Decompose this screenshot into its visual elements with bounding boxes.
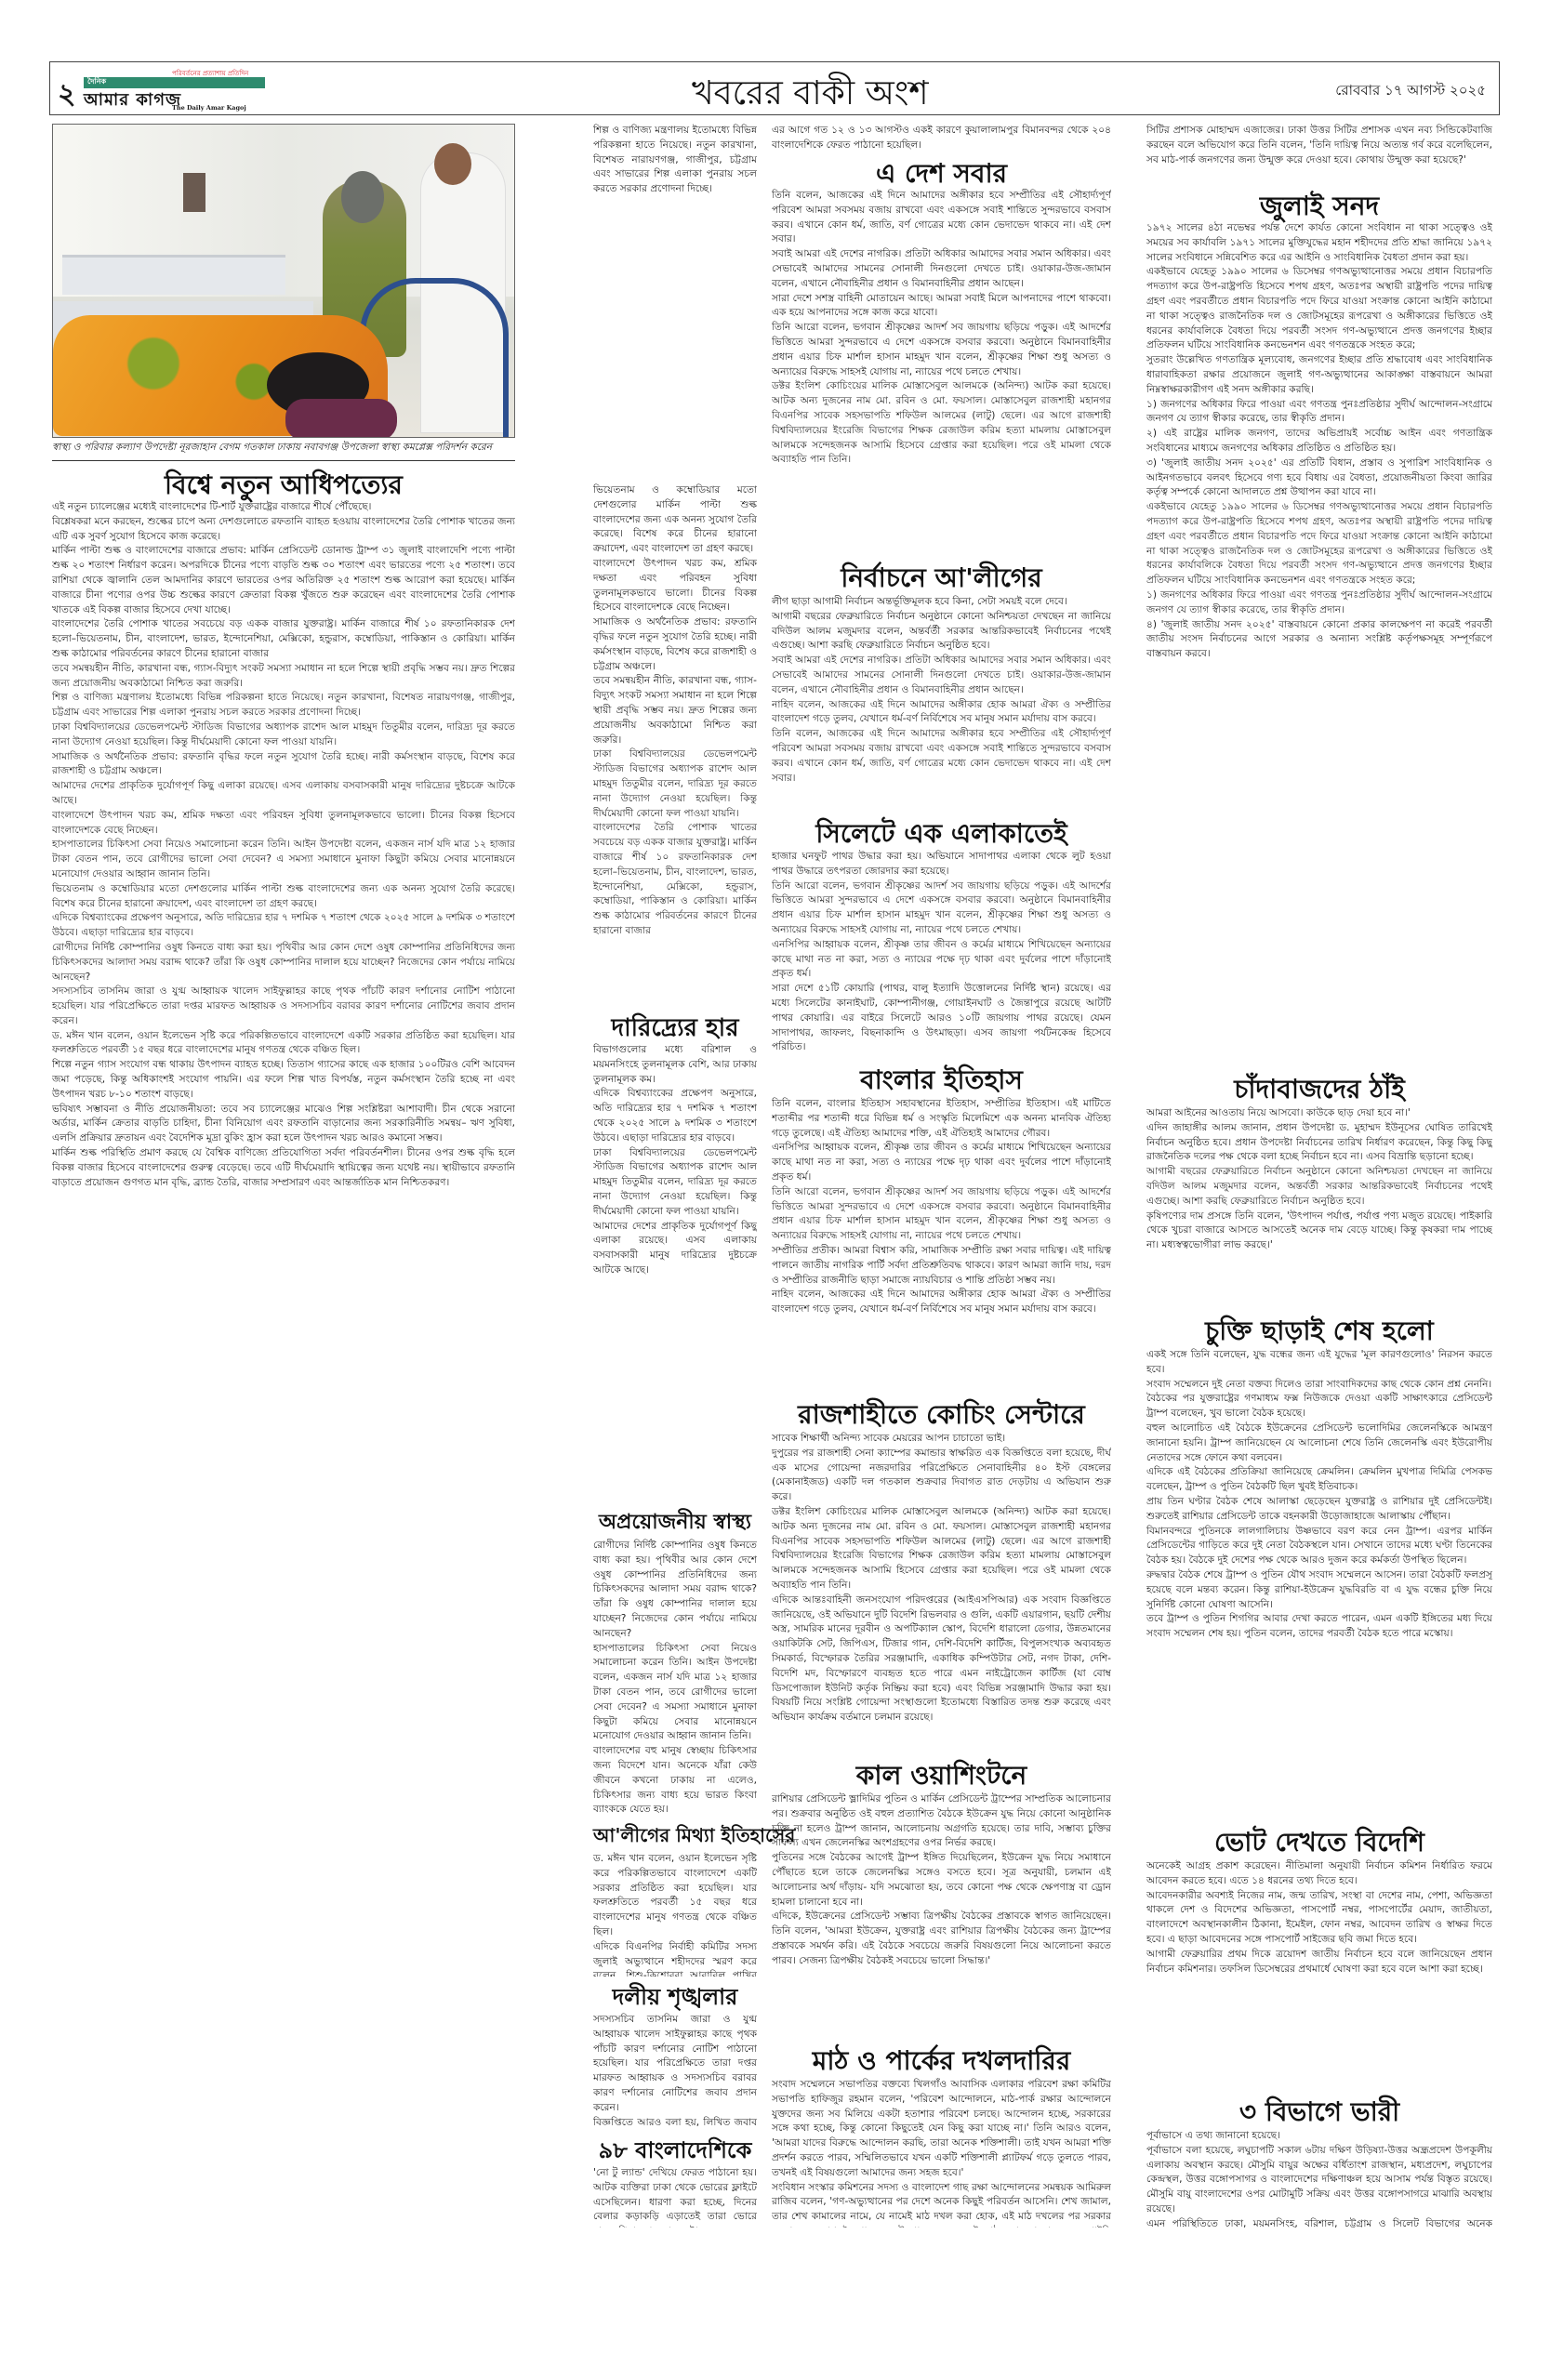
- paragraph: সম্প্রীতির প্রতীক। আমরা বিশ্বাস করি, সাম…: [772, 1244, 1111, 1288]
- paragraph: হাসপাতালের চিকিৎসা সেবা নিয়েও সমালোচনা …: [593, 1642, 757, 1745]
- paragraph: একই সঙ্গে তিনি বলেছেন, যুদ্ধ বন্ধের জন্য…: [1146, 1348, 1492, 1378]
- article-body: ভিয়েতনাম ও কম্বোডিয়ার মতো দেশগুলোর মার…: [593, 483, 757, 1005]
- paragraph: সামাজিক ও অর্থনৈতিক প্রভাব: রফতানি বৃদ্ধ…: [593, 615, 757, 674]
- paragraph: এদিকে বিএনপির নির্বাহী কমিটির সদস্য জুলা…: [593, 1940, 757, 1977]
- paragraph: কৃষিপণ্যের দাম প্রসঙ্গে তিনি বলেন, 'উৎপা…: [1146, 1210, 1492, 1253]
- article-body: শিল্প ও বাণিজ্য মন্ত্রণালয় ইতোমধ্যে বিভ…: [593, 124, 757, 480]
- article-body: লীগ ছাড়া আগামী নির্বাচন অন্তর্ভূক্তিমূল…: [772, 595, 1111, 810]
- article-body: তিনি বলেন, বাংলার ইতিহাস সহাবস্থানের ইতি…: [772, 1097, 1111, 1391]
- paragraph: তিনি আরো বলেন, ভগবান শ্রীকৃষ্ণের আদর্শ স…: [772, 1185, 1111, 1244]
- article-body: ১৯৭২ সালের ৪ঠা নভেম্বর পর্যন্ত দেশে কার্…: [1146, 221, 1492, 1065]
- paragraph: তিনি আরো বলেন, ভগবান শ্রীকৃষ্ণের আদর্শ স…: [772, 879, 1111, 938]
- paragraph: শিল্প ও বাণিজ্য মন্ত্রণালয় ইতোমধ্যে বিভ…: [593, 124, 757, 197]
- article-body: ড. মঈন খান বলেন, ওয়ান ইলেভেন সৃষ্টি করে…: [593, 1852, 757, 1977]
- paragraph: ৪) 'জুলাই জাতীয় সনদ ২০২৫' বাস্তবায়নে ক…: [1146, 618, 1492, 662]
- photo-official-head: [434, 143, 471, 185]
- paragraph: ১৯৭২ সালের ৪ঠা নভেম্বর পর্যন্ত দেশে কার্…: [1146, 221, 1492, 265]
- photo-caption: স্বাস্থ্য ও পরিবার কল্যাণ উপদেষ্টা নূরজা…: [52, 441, 515, 456]
- paragraph: বিজ্ঞপ্তিতে আরও বলা হয়, লিখিত জবাব বিশ্…: [593, 2116, 757, 2130]
- logo-name: আমার কাগজ: [84, 86, 181, 115]
- article-body: রাশিয়ার প্রেসিডেন্ট ভ্লাদিমির পুতিন ও ম…: [772, 1792, 1111, 2037]
- paragraph: শিল্পে নতুন গ্যাস সংযোগ বন্ধ থাকায় উৎপা…: [52, 1058, 515, 1102]
- paragraph: নাহিদ বলেন, আজকের এই দিনে আমাদের অঙ্গীকা…: [772, 1288, 1111, 1317]
- paragraph: আমরা আইনের আওতায় নিয়ে আসবো। কাউকে ছাড়…: [1146, 1106, 1492, 1121]
- article-body: সংবাদ সম্মেলনে সভাপতির বক্তব্যে খিলগাঁও …: [772, 2078, 1111, 2228]
- paragraph: সাবেক শিক্ষার্থী অনিন্দ্য সাবেক মেয়রের …: [772, 1432, 1111, 1447]
- paragraph: বিমানবন্দরে পুতিনকে লালগালিচায় উষ্ণভাবে…: [1146, 1525, 1492, 1568]
- page-number: ২: [58, 72, 76, 119]
- paragraph: ২) এই রাষ্ট্রের মালিক জনগণ, তাদের অভিপ্র…: [1146, 427, 1492, 456]
- paragraph: এই নতুন চ্যালেঞ্জের মধ্যেই বাংলাদেশের টি…: [52, 500, 515, 515]
- paragraph: আগামী ফেব্রুয়ারির প্রথম দিকে ত্রয়োদশ জ…: [1146, 1948, 1492, 1977]
- paragraph: সবাই আমরা এই দেশের নাগরিক। প্রতিটা অধিকা…: [772, 247, 1111, 291]
- paragraph: সিটির প্রশাসক মোহাম্মদ এজাজের। ঢাকা উত্ত…: [1146, 124, 1492, 167]
- paragraph: সদস্যসচিব তাসনিম জারা ও যুগ্ম আহ্বায়ক খ…: [593, 2013, 757, 2116]
- masthead: ২ পরিবর্তনের প্রত্যাশায় প্রতিদিন দৈনিক …: [49, 61, 1500, 115]
- hospital-visit-photo: [52, 124, 515, 438]
- paragraph: ঢাকা বিশ্ববিদ্যালয়ের ডেভেলপমেন্ট স্টাডি…: [593, 747, 757, 821]
- paragraph: তিনি বলেন, আজকের এই দিনে আমাদের অঙ্গীকার…: [772, 727, 1111, 786]
- paragraph: রাশিয়ার প্রেসিডেন্ট ভ্লাদিমির পুতিন ও ম…: [772, 1792, 1111, 1851]
- paragraph: ঢাকা বিশ্ববিদ্যালয়ের ডেভেলপমেন্ট স্টাডি…: [593, 1146, 757, 1220]
- logo-english-name: The Daily Amar Kagoj: [172, 104, 246, 112]
- paragraph: অনেকেই আগ্রহ প্রকাশ করেছেন। নীতিমালা অনু…: [1146, 1859, 1492, 1889]
- paragraph: এদিকে, ইউক্রেনের প্রেসিডেন্ট সম্ভাব্য ত্…: [772, 1910, 1111, 1968]
- paragraph: বহুল আলোচিত এই বৈঠকে ইউক্রেনের প্রেসিডেন…: [1146, 1421, 1492, 1465]
- paragraph: আগামী বছরের ফেব্রুয়ারিতে নির্বাচন অনুষ্…: [772, 610, 1111, 654]
- paragraph: রোগীদের নির্দিষ্ট কোম্পানির ওষুধ কিনতে ব…: [593, 1539, 757, 1642]
- paragraph: রোগীদের নির্দিষ্ট কোম্পানির ওষুধ কিনতে ব…: [52, 941, 515, 985]
- paragraph: একইভাবে যেহেতু ১৯৯০ সালের ৬ ডিসেম্বর গণঅ…: [1146, 500, 1492, 588]
- paragraph: তিনি আরো বলেন, ভগবান শ্রীকৃষ্ণের আদর্শ স…: [772, 321, 1111, 379]
- paragraph: রুদ্ধদ্বার বৈঠক শেষে ট্রাম্প ও পুতিন যৌথ…: [1146, 1568, 1492, 1612]
- paragraph: লীগ ছাড়া আগামী নির্বাচন অন্তর্ভূক্তিমূল…: [772, 595, 1111, 610]
- paragraph: ডক্টর ইংলিশ কোচিংয়ের মালিক মোস্তাসেবুল …: [772, 379, 1111, 468]
- paragraph: দুপুরের পর রাজশাহী সেনা ক্যাম্পের কমান্ড…: [772, 1447, 1111, 1505]
- newspaper-page: ২ পরিবর্তনের প্রত্যাশায় প্রতিদিন দৈনিক …: [0, 0, 1550, 2380]
- headline: ৯৮ বাংলাদেশিকে: [593, 2134, 757, 2171]
- article-body: সাবেক শিক্ষার্থী অনিন্দ্য সাবেক মেয়রের …: [772, 1432, 1111, 1752]
- paragraph: বাংলাদেশে উৎপাদন খরচ কম, শ্রমিক দক্ষতা এ…: [593, 557, 757, 615]
- paragraph: বাংলাদেশের তৈরি পোশাক খাতের সবচেয়ে বড় …: [52, 617, 515, 661]
- article-body: 'নো টু ল্যান্ড' দেখিয়ে ফেরত পাঠানো হয়।…: [593, 2166, 757, 2228]
- paragraph: সুতরাং উল্লেখিত গণতান্ত্রিক মূল্যবোধ, জন…: [1146, 353, 1492, 397]
- article-body: সিটির প্রশাসক মোহাম্মদ এজাজের। ঢাকা উত্ত…: [1146, 124, 1492, 182]
- paragraph: পূর্বাভাসে এ তথ্য জানানো হয়েছে।: [1146, 2129, 1492, 2144]
- paragraph: এর আগে গত ১২ ও ১৩ আগস্টও একই কারণে কুয়া…: [772, 124, 1111, 150]
- paragraph: সংবাদ সম্মেলনে সভাপতির বক্তব্যে খিলগাঁও …: [772, 2078, 1111, 2181]
- paragraph: আমাদের দেশের প্রাকৃতিক দুর্যোগপূর্ণ কিছু…: [52, 779, 515, 809]
- article-body: তিনি বলেন, আজকের এই দিনে আমাদের অঙ্গীকার…: [772, 189, 1111, 554]
- paragraph: আমাদের দেশের প্রাকৃতিক দুর্যোগপূর্ণ কিছু…: [593, 1220, 757, 1278]
- issue-date: রোববার ১৭ আগস্ট ২০২৫: [1335, 80, 1486, 103]
- paragraph: এনসিপির আহ্বায়ক বলেন, শ্রীকৃষ্ণ তার জীব…: [772, 938, 1111, 982]
- paragraph: পূর্বাভাসে বলা হয়েছে, লঘুচাপটি সকাল ৬টা…: [1146, 2144, 1492, 2217]
- paragraph: এদিকে এই বৈঠকের প্রতিক্রিয়া জানিয়েছে ক…: [1146, 1465, 1492, 1495]
- paragraph: মার্কিন পাল্টা শুল্ক ও বাংলাদেশের বাজারে…: [52, 544, 515, 617]
- paragraph: সংবাদ সম্মেলনে দুই নেতা বক্তব্য দিলেও তা…: [1146, 1378, 1492, 1393]
- paragraph: এমন পরিস্থিতিতে ঢাকা, ময়মনসিংহ, বরিশাল,…: [1146, 2217, 1492, 2228]
- paragraph: এদিকে বিশ্বব্যাংকের প্রক্ষেপণ অনুসারে, অ…: [593, 1087, 757, 1145]
- paragraph: এনসিপির আহ্বায়ক বলেন, শ্রীকৃষ্ণ তার জীব…: [772, 1141, 1111, 1184]
- headline: আ'লীগের মিথ্যা ইতিহাসের: [593, 1822, 757, 1853]
- paragraph: ১) জনগণের অধিকার ফিরে পাওয়া এবং গণতন্ত্…: [1146, 588, 1492, 618]
- paragraph: এদিকে বিশ্বব্যাংকের প্রক্ষেপণ অনুসারে, অ…: [52, 911, 515, 941]
- paragraph: তবে সমন্বয়হীন নীতি, কারখানা বন্ধ, গ্যাস…: [593, 674, 757, 747]
- paragraph: তিনি বলেন, বাংলার ইতিহাস সহাবস্থানের ইতি…: [772, 1097, 1111, 1141]
- photo-bed: [62, 255, 285, 295]
- paragraph: পুতিনের সঙ্গে বৈঠকের আগেই ট্রাম্প ইঙ্গিত…: [772, 1851, 1111, 1910]
- paragraph: ড. মঈন খান বলেন, ওয়ান ইলেভেন সৃষ্টি করে…: [52, 1029, 515, 1059]
- paragraph: বিভাগগুলোর মধ্যে বরিশাল ও ময়মনসিংহে তুল…: [593, 1043, 757, 1087]
- paragraph: 'নো টু ল্যান্ড' দেখিয়ে ফেরত পাঠানো হয়।…: [593, 2166, 757, 2228]
- article-body: সদস্যসচিব তাসনিম জারা ও যুগ্ম আহ্বায়ক খ…: [593, 2013, 757, 2130]
- headline: দলীয় শৃঙ্খলার: [593, 1980, 757, 2017]
- paragraph: ১) জনগণের অধিকার ফিরে পাওয়া এবং গণতন্ত্…: [1146, 398, 1492, 428]
- article-body: এই নতুন চ্যালেঞ্জের মধ্যেই বাংলাদেশের টি…: [52, 500, 515, 2228]
- paragraph: আবেদনকারীর অবশ্যই নিজের নাম, জন্ম তারিখ,…: [1146, 1889, 1492, 1948]
- paragraph: সবাই আমরা এই দেশের নাগরিক। প্রতিটা অধিকা…: [772, 654, 1111, 697]
- paragraph: সারা দেশে ৫১টি কোয়ারি (পাথর, বালু ইত্যা…: [772, 982, 1111, 1055]
- paragraph: ড. মঈন খান বলেন, ওয়ান ইলেভেন সৃষ্টি করে…: [593, 1852, 757, 1940]
- paragraph: বাংলাদেশের তৈরি পোশাক খাতের সবচেয়ে বড় …: [593, 821, 757, 938]
- paragraph: বাংলাদেশের বহু মানুষ স্বেচ্ছায় চিকিৎসার…: [593, 1744, 757, 1818]
- paragraph: শিল্প ও বাণিজ্য মন্ত্রণালয় ইতোমধ্যে বিভ…: [52, 691, 515, 721]
- paragraph: তবে সমন্বয়হীন নীতি, কারখানা বন্ধ, গ্যাস…: [52, 662, 515, 692]
- article-body: অনেকেই আগ্রহ প্রকাশ করেছেন। নীতিমালা অনু…: [1146, 1859, 1492, 2088]
- paragraph: প্রায় তিন ঘণ্টার বৈঠক শেষে আলাস্কা ছেড়…: [1146, 1495, 1492, 1525]
- paragraph: হাজার ঘনফুট পাথর উদ্ধার করা হয়। অভিযানে…: [772, 850, 1111, 879]
- paragraph: ৩) 'জুলাই জাতীয় সনদ ২০২৫' এর প্রতিটি বি…: [1146, 456, 1492, 500]
- headline: অপ্রয়োজনীয় স্বাস্থ্য: [593, 1506, 757, 1540]
- newspaper-logo: পরিবর্তনের প্রত্যাশায় প্রতিদিন দৈনিক আম…: [84, 68, 265, 111]
- photo-door: [183, 173, 205, 212]
- paragraph: হাসপাতালের চিকিৎসা সেবা নিয়েও সমালোচনা …: [52, 838, 515, 881]
- paragraph: তবে ট্রাম্প ও পুতিন শিগগির আবার দেখা করত…: [1146, 1612, 1492, 1642]
- photo-advisor-head: [341, 171, 384, 223]
- article-body: এর আগে গত ১২ ও ১৩ আগস্টও একই কারণে কুয়া…: [772, 124, 1111, 150]
- paragraph: একইভাবে যেহেতু ১৯৯০ সালের ৬ ডিসেম্বর গণঅ…: [1146, 265, 1492, 353]
- article-body: হাজার ঘনফুট পাথর উদ্ধার করা হয়। অভিযানে…: [772, 850, 1111, 1056]
- paragraph: ঢাকা বিশ্ববিদ্যালয়ের ডেভেলপমেন্ট স্টাডি…: [52, 721, 515, 750]
- paragraph: সদস্যসচিব তাসনিম জারা ও যুগ্ম আহ্বায়ক খ…: [52, 985, 515, 1028]
- article-body: একই সঙ্গে তিনি বলেছেন, যুদ্ধ বন্ধের জন্য…: [1146, 1348, 1492, 1818]
- photo-pillow: [285, 399, 397, 438]
- paragraph: মার্কিন শুল্ক পরিস্থিতি প্রমাণ করছে যে ব…: [52, 1146, 515, 1190]
- paragraph: বাংলাদেশে উৎপাদন খরচ কম, শ্রমিক দক্ষতা এ…: [52, 809, 515, 839]
- section-title: খবরের বাকী অংশ: [692, 68, 929, 124]
- paragraph: বৈঠকের পর যুক্তরাষ্ট্রের গণমাধ্যম ফক্স ন…: [1146, 1392, 1492, 1421]
- paragraph: তিনি বলেন, আজকের এই দিনে আমাদের অঙ্গীকার…: [772, 189, 1111, 247]
- paragraph: ভিয়েতনাম ও কম্বোডিয়ার মতো দেশগুলোর মার…: [52, 882, 515, 912]
- paragraph: আগামী বছরের ফেব্রুয়ারিতে নির্বাচন অনুষ্…: [1146, 1165, 1492, 1209]
- paragraph: নাহিদ বলেন, আজকের এই দিনে আমাদের অঙ্গীকা…: [772, 698, 1111, 728]
- paragraph: বিশ্লেষকরা মনে করছেন, শুল্কের চাপে অন্য …: [52, 515, 515, 545]
- paragraph: ভিয়েতনাম ও কম্বোডিয়ার মতো দেশগুলোর মার…: [593, 483, 757, 557]
- article-body: আমরা আইনের আওতায় নিয়ে আসবো। কাউকে ছাড়…: [1146, 1106, 1492, 1307]
- article-body: রোগীদের নির্দিষ্ট কোম্পানির ওষুধ কিনতে ব…: [593, 1539, 757, 1818]
- article-body: বিভাগগুলোর মধ্যে বরিশাল ও ময়মনসিংহে তুল…: [593, 1043, 757, 1502]
- paragraph: ডক্টর ইংলিশ কোচিংয়ের মালিক মোস্তাসেবুল …: [772, 1505, 1111, 1593]
- paragraph: সামাজিক ও অর্থনৈতিক প্রভাব: রফতানি বৃদ্ধ…: [52, 750, 515, 780]
- paragraph: সংবিধান সংস্কার কমিশনের সদস্য ও বাংলাদেশ…: [772, 2181, 1111, 2228]
- paragraph: এদিকে আন্তঃবাহিনী জনসংযোগ পরিদপ্তরের (আই…: [772, 1593, 1111, 1725]
- paragraph: ভবিষ্যৎ সম্ভাবনা ও নীতি প্রয়োজনীয়তা: ত…: [52, 1103, 515, 1146]
- paragraph: এদিন জাহাঙ্গীর আলম জানান, প্রধান উপদেষ্ট…: [1146, 1121, 1492, 1165]
- paragraph: সারা দেশে সশস্ত্র বাহিনী মোতায়েন আছে। আ…: [772, 292, 1111, 322]
- divider: [52, 460, 515, 461]
- article-body: পূর্বাভাসে এ তথ্য জানানো হয়েছে। পূর্বাভ…: [1146, 2129, 1492, 2228]
